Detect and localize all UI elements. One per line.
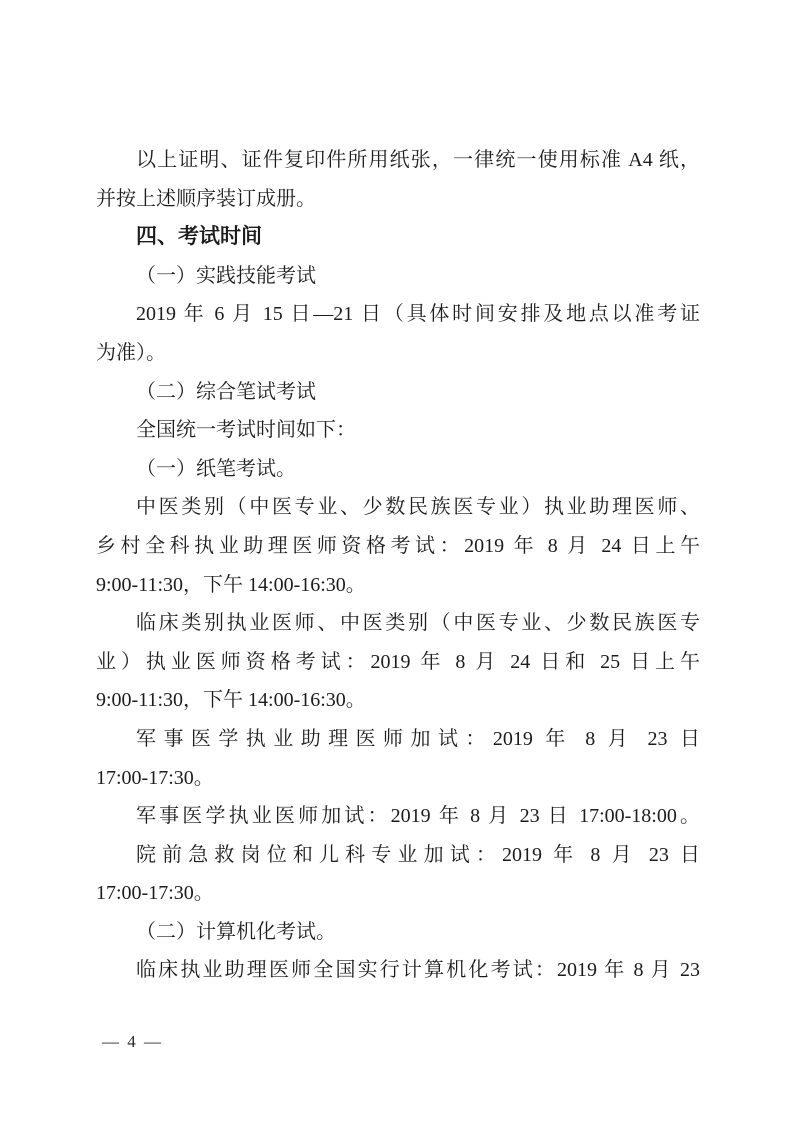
line-tcm-category-3: 9:00-11:30，下午 14:00-16:30。 [96,566,700,605]
line-practical-exam-date-2: 为准）。 [96,334,700,373]
line-a4-paper-note-1: 以上证明、证件复印件所用纸张，一律统一使用标准 A4 纸， [96,141,700,180]
document-body: 以上证明、证件复印件所用纸张，一律统一使用标准 A4 纸， 并按上述顺序装订成册… [96,141,700,990]
line-military-assistant-exam-2: 17:00-17:30。 [96,759,700,798]
document-page: 以上证明、证件复印件所用纸张，一律统一使用标准 A4 纸， 并按上述顺序装订成册… [0,0,793,1122]
line-clinical-category-2: 业）执业医师资格考试：2019 年 8 月 24 日和 25 日上午 [96,643,700,682]
line-clinical-category-1: 临床类别执业医师、中医类别（中医专业、少数民族医专 [96,604,700,643]
line-emergency-pediatrics-exam-2: 17:00-17:30。 [96,874,700,913]
line-practical-exam-date-1: 2019 年 6 月 15 日—21 日（具体时间安排及地点以准考证 [96,295,700,334]
page-number: — 4 — [102,1031,163,1053]
subheading-written-exam: （二）综合笔试考试 [96,373,700,412]
line-paper-pencil-exam: （一）纸笔考试。 [96,450,700,489]
subheading-practical-skills-exam: （一）实践技能考试 [96,257,700,296]
line-tcm-category-2: 乡村全科执业助理医师资格考试：2019 年 8 月 24 日上午 [96,527,700,566]
line-clinical-category-3: 9:00-11:30，下午 14:00-16:30。 [96,681,700,720]
line-tcm-category-1: 中医类别（中医专业、少数民族医专业）执业助理医师、 [96,488,700,527]
line-military-assistant-exam-1: 军事医学执业助理医师加试：2019 年 8 月 23 日 [96,720,700,759]
line-national-exam-time-intro: 全国统一考试时间如下： [96,411,700,450]
line-military-practicing-exam: 军事医学执业医师加试：2019 年 8 月 23 日 17:00-18:00。 [96,797,700,836]
subheading-computerized-exam: （二）计算机化考试。 [96,913,700,952]
line-computerized-exam-date: 临床执业助理医师全国实行计算机化考试：2019 年 8 月 23 [96,951,700,990]
heading-section-4-exam-time: 四、考试时间 [96,218,700,257]
line-a4-paper-note-2: 并按上述顺序装订成册。 [96,180,700,219]
line-emergency-pediatrics-exam-1: 院前急救岗位和儿科专业加试：2019 年 8 月 23 日 [96,836,700,875]
